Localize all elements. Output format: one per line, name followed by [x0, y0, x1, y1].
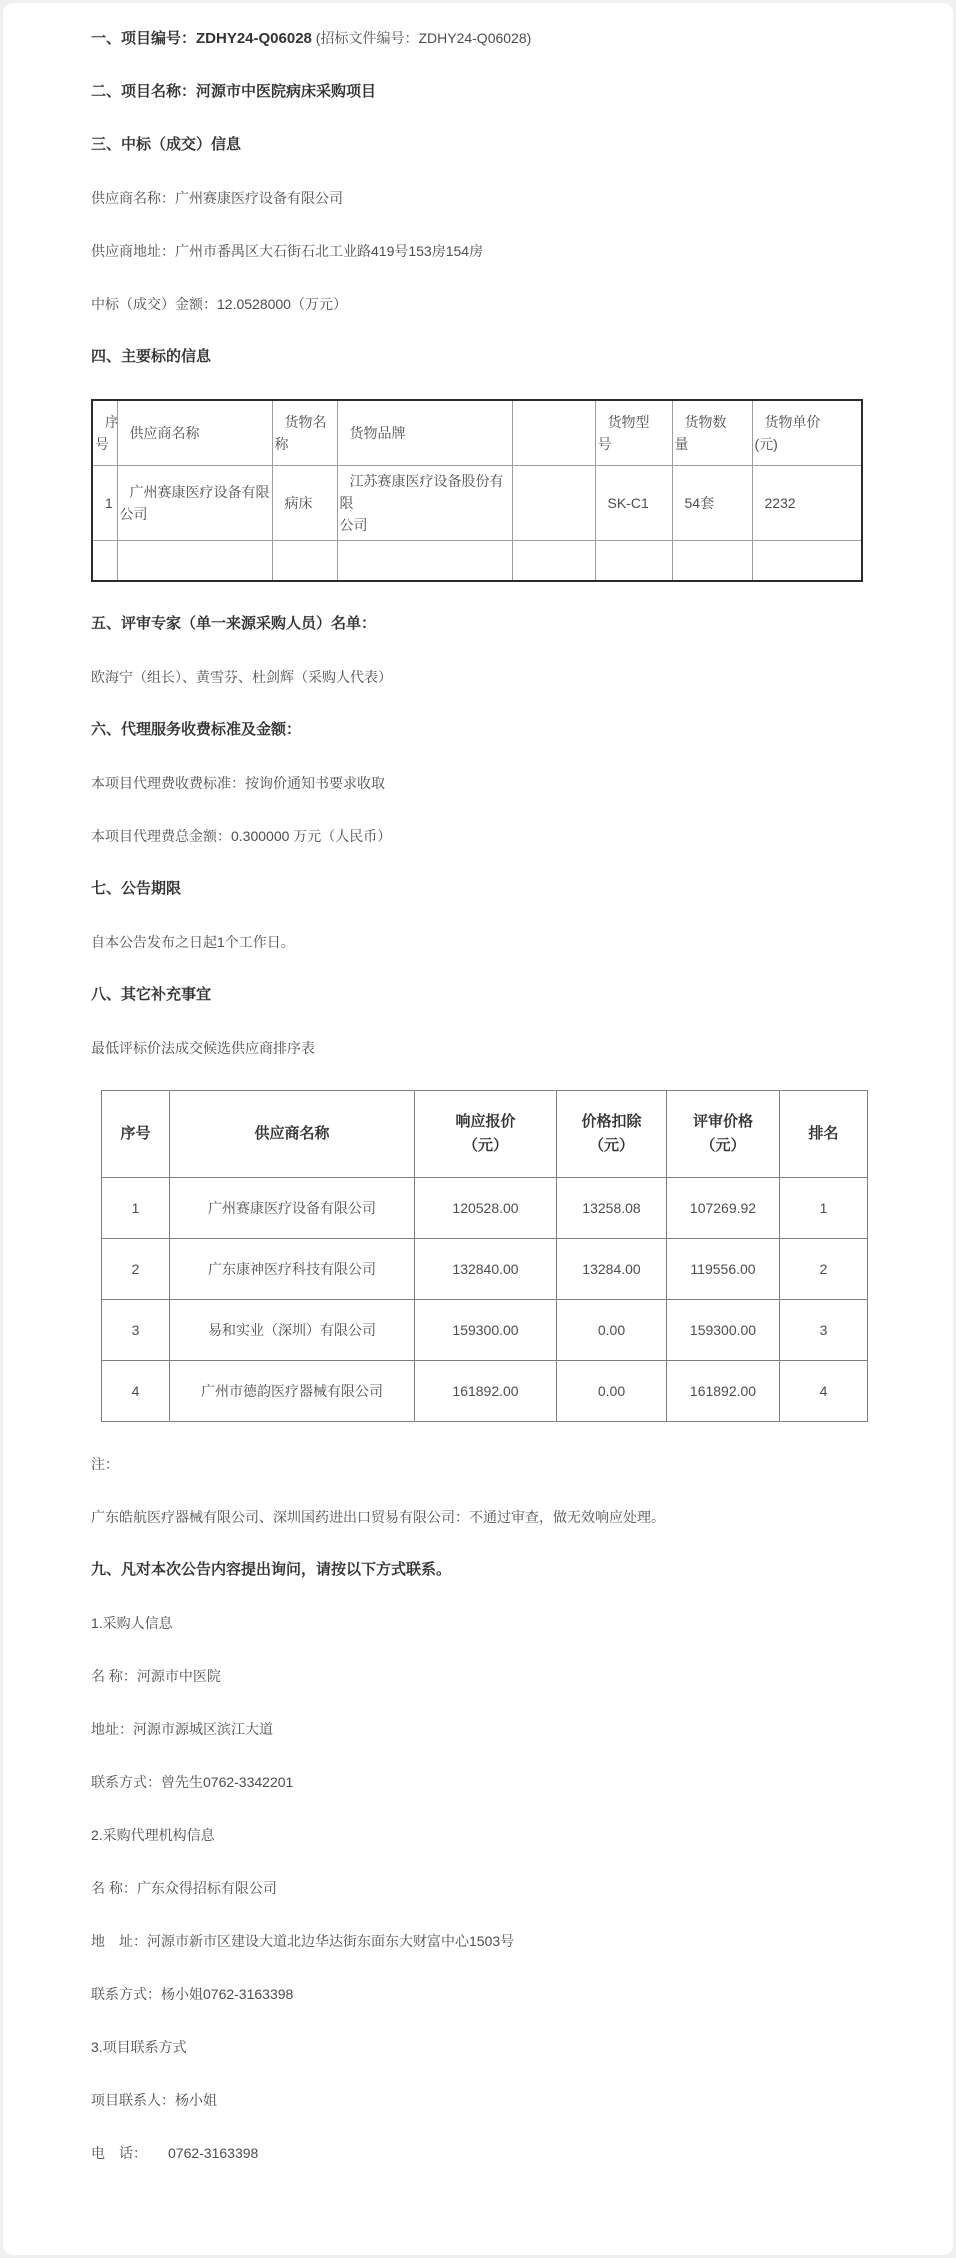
agency-contact-line: 联系方式：杨小姐0762-3163398	[91, 1983, 865, 2005]
section-4-main-subject-heading: 四、主要标的信息	[91, 346, 865, 368]
main-empty-cell	[92, 540, 117, 581]
ranking-cell-review-price: 161892.00	[667, 1361, 780, 1422]
main-header-supplier: 供应商名称	[117, 400, 272, 465]
main-header-goods-qty: 货物数 量	[672, 400, 752, 465]
main-header-goods-unit-price: 货物单价 (元)	[752, 400, 862, 465]
main-table-empty-row	[92, 540, 862, 581]
supplier-address-line: 供应商地址：广州市番禺区大石街石北工业路419号153房154房	[91, 240, 865, 262]
main-table-header-row: 序 号 供应商名称 货物名 称 货物品牌 货物型 号 货物数 量 货物单价 (元…	[92, 400, 862, 465]
buyer-name-line: 名 称：河源市中医院	[91, 1665, 865, 1687]
ranking-header-review-price: 评审价格 （元）	[667, 1091, 780, 1178]
ranking-cell-price-deduction: 13258.08	[557, 1178, 667, 1239]
candidate-ranking-table: 序号 供应商名称 响应报价 （元） 价格扣除 （元） 评审价格 （元） 排名 1…	[101, 1090, 868, 1422]
ranking-cell-response-price: 159300.00	[415, 1300, 557, 1361]
main-empty-cell	[672, 540, 752, 581]
main-header-goods-brand: 货物品牌	[337, 400, 512, 465]
agency-address-line: 地 址：河源市新市区建设大道北边华达街东面东大财富中心1503号	[91, 1930, 865, 1952]
ranking-cell-seq: 4	[102, 1361, 170, 1422]
ranking-cell-rank: 4	[780, 1361, 868, 1422]
ranking-cell-supplier: 广东康神医疗科技有限公司	[170, 1239, 415, 1300]
ranking-cell-response-price: 161892.00	[415, 1361, 557, 1422]
ranking-cell-price-deduction: 0.00	[557, 1300, 667, 1361]
section-1-project-number: 一、项目编号：ZDHY24-Q06028 (招标文件编号：ZDHY24-Q060…	[91, 27, 865, 50]
project-number-text: 一、项目编号：ZDHY24-Q06028	[91, 30, 312, 47]
main-cell-supplier: 广州赛康医疗设备有限 公司	[117, 465, 272, 540]
main-cell-goods-qty: 54套	[672, 465, 752, 540]
buyer-info-subheading: 1.采购人信息	[91, 1612, 865, 1634]
ranking-header-seq: 序号	[102, 1091, 170, 1178]
note-label-line: 注：	[91, 1453, 865, 1475]
ranking-cell-review-price: 107269.92	[667, 1178, 780, 1239]
ranking-header-price-deduction: 价格扣除 （元）	[557, 1091, 667, 1178]
ranking-header-rank: 排名	[780, 1091, 868, 1178]
main-empty-cell	[272, 540, 337, 581]
ranking-row: 2 广东康神医疗科技有限公司 132840.00 13284.00 119556…	[102, 1239, 868, 1300]
ranking-header-response-price: 响应报价 （元）	[415, 1091, 557, 1178]
main-cell-seq: 1	[92, 465, 117, 540]
ranking-cell-seq: 2	[102, 1239, 170, 1300]
project-contact-subheading: 3.项目联系方式	[91, 2036, 865, 2058]
main-empty-cell	[337, 540, 512, 581]
ranking-header-row: 序号 供应商名称 响应报价 （元） 价格扣除 （元） 评审价格 （元） 排名	[102, 1091, 868, 1178]
section-3-award-info-heading: 三、中标（成交）信息	[91, 134, 865, 156]
buyer-contact-line: 联系方式：曾先生0762-3342201	[91, 1771, 865, 1793]
project-phone-line: 电 话： 0762-3163398	[91, 2142, 865, 2164]
ranking-cell-supplier: 广州市德韵医疗器械有限公司	[170, 1361, 415, 1422]
main-header-empty	[512, 400, 595, 465]
main-subject-table: 序 号 供应商名称 货物名 称 货物品牌 货物型 号 货物数 量 货物单价 (元…	[91, 399, 863, 582]
main-header-seq: 序 号	[92, 400, 117, 465]
main-cell-goods-unit-price: 2232	[752, 465, 862, 540]
main-cell-goods-model: SK-C1	[595, 465, 672, 540]
announcement-document: 一、项目编号：ZDHY24-Q06028 (招标文件编号：ZDHY24-Q060…	[3, 3, 953, 2255]
ranking-row: 4 广州市德韵医疗器械有限公司 161892.00 0.00 161892.00…	[102, 1361, 868, 1422]
agency-fee-standard-line: 本项目代理费收费标准：按询价通知书要求收取	[91, 772, 865, 794]
note-text-line: 广东皓航医疗器械有限公司、深圳国药进出口贸易有限公司：不通过审查，做无效响应处理…	[91, 1506, 865, 1528]
ranking-row: 3 易和实业（深圳）有限公司 159300.00 0.00 159300.00 …	[102, 1300, 868, 1361]
main-empty-cell	[752, 540, 862, 581]
notice-period-line: 自本公告发布之日起1个工作日。	[91, 931, 865, 953]
agency-fee-total-line: 本项目代理费总金额：0.300000 万元（人民币）	[91, 825, 865, 847]
main-cell-goods-name: 病床	[272, 465, 337, 540]
main-empty-cell	[595, 540, 672, 581]
ranking-table-intro-line: 最低评标价法成交候选供应商排序表	[91, 1037, 865, 1059]
ranking-cell-review-price: 119556.00	[667, 1239, 780, 1300]
ranking-cell-price-deduction: 0.00	[557, 1361, 667, 1422]
ranking-cell-rank: 2	[780, 1239, 868, 1300]
agency-info-subheading: 2.采购代理机构信息	[91, 1824, 865, 1846]
buyer-address-line: 地址：河源市源城区滨江大道	[91, 1718, 865, 1740]
section-2-project-name: 二、项目名称：河源市中医院病床采购项目	[91, 81, 865, 103]
main-cell-goods-brand: 江苏赛康医疗设备股份有限 公司	[337, 465, 512, 540]
ranking-cell-rank: 3	[780, 1300, 868, 1361]
ranking-row: 1 广州赛康医疗设备有限公司 120528.00 13258.08 107269…	[102, 1178, 868, 1239]
main-empty-cell	[512, 540, 595, 581]
section-8-other-matters-heading: 八、其它补充事宜	[91, 984, 865, 1006]
section-7-notice-period-heading: 七、公告期限	[91, 878, 865, 900]
main-cell-empty	[512, 465, 595, 540]
ranking-cell-rank: 1	[780, 1178, 868, 1239]
ranking-cell-price-deduction: 13284.00	[557, 1239, 667, 1300]
main-table-data-row: 1 广州赛康医疗设备有限 公司 病床 江苏赛康医疗设备股份有限 公司 SK-C1…	[92, 465, 862, 540]
section-9-contact-heading: 九、凡对本次公告内容提出询问，请按以下方式联系。	[91, 1559, 865, 1581]
ranking-cell-response-price: 120528.00	[415, 1178, 557, 1239]
bid-file-number-text: (招标文件编号：ZDHY24-Q06028)	[312, 30, 531, 46]
ranking-cell-supplier: 易和实业（深圳）有限公司	[170, 1300, 415, 1361]
ranking-cell-review-price: 159300.00	[667, 1300, 780, 1361]
supplier-name-line: 供应商名称：广州赛康医疗设备有限公司	[91, 187, 865, 209]
section-6-agency-fee-heading: 六、代理服务收费标准及金额：	[91, 719, 865, 741]
main-empty-cell	[117, 540, 272, 581]
project-contact-person-line: 项目联系人：杨小姐	[91, 2089, 865, 2111]
ranking-cell-seq: 3	[102, 1300, 170, 1361]
ranking-cell-seq: 1	[102, 1178, 170, 1239]
ranking-header-supplier: 供应商名称	[170, 1091, 415, 1178]
agency-name-line: 名 称：广东众得招标有限公司	[91, 1877, 865, 1899]
main-header-goods-model: 货物型 号	[595, 400, 672, 465]
ranking-cell-response-price: 132840.00	[415, 1239, 557, 1300]
ranking-cell-supplier: 广州赛康医疗设备有限公司	[170, 1178, 415, 1239]
award-amount-line: 中标（成交）金额：12.0528000（万元）	[91, 293, 865, 315]
main-header-goods-name: 货物名 称	[272, 400, 337, 465]
experts-list-line: 欧海宁（组长）、黄雪芬、杜剑辉（采购人代表）	[91, 666, 865, 688]
section-5-experts-heading: 五、评审专家（单一来源采购人员）名单：	[91, 613, 865, 635]
